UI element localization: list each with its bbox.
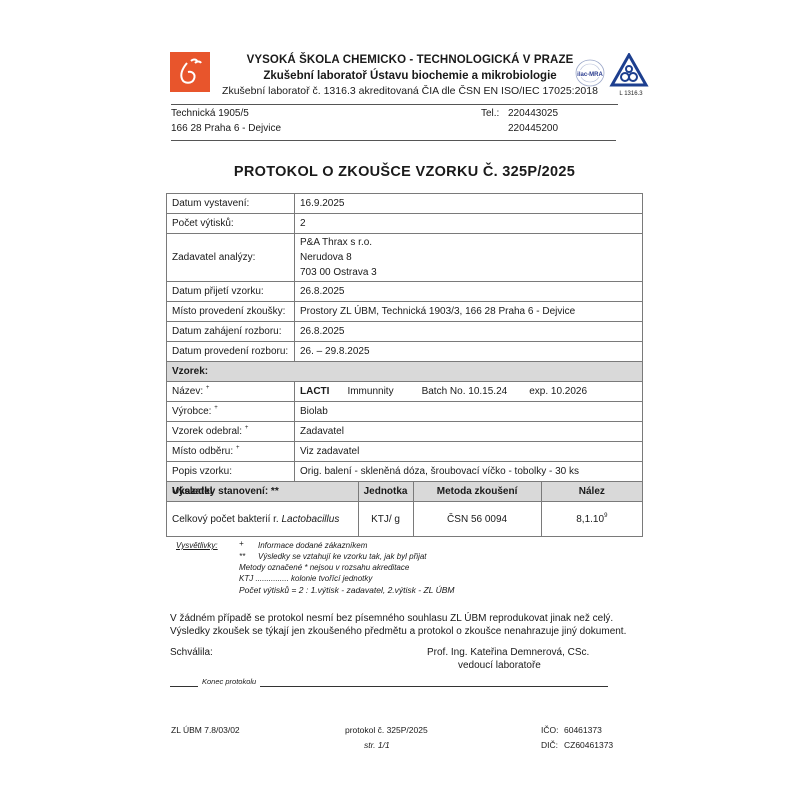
ico-value: 60461373 <box>564 725 602 735</box>
note-line: Výsledky se vztahují ke vzorku tak, jak … <box>258 552 427 561</box>
client-city: 703 00 Ostrava 3 <box>300 265 637 280</box>
tel-number-1: 220443025 <box>508 108 558 119</box>
table-row: Název: + LACTIImmunnityBatch No. 10.15.2… <box>167 382 643 402</box>
client-address: P&A Thrax s r.o. Nerudova 8 703 00 Ostra… <box>295 234 643 282</box>
batch-number: Batch No. 10.15.24 <box>422 386 508 397</box>
issue-date: 16.9.2025 <box>295 194 643 214</box>
results-header-row: Ukazatel Jednotka Metoda zkoušení Nález <box>167 482 643 502</box>
row-label: Datum zahájení rozboru: <box>167 322 295 342</box>
test-method: ČSN 56 0094 <box>413 502 541 537</box>
table-row: Datum vystavení: 16.9.2025 <box>167 194 643 214</box>
page-number: str. 1/1 <box>364 740 390 750</box>
copies-count: 2 <box>295 214 643 234</box>
analysis-dates: 26. – 29.8.2025 <box>295 342 643 362</box>
ico-label: IČO: <box>541 725 558 735</box>
note-line: KTJ ............... kolonie tvořící jedn… <box>239 574 372 583</box>
results-table: Ukazatel Jednotka Metoda zkoušení Nález … <box>166 481 643 537</box>
sample-name: LACTIImmunnityBatch No. 10.15.24exp. 10.… <box>295 382 643 402</box>
approver-role: vedoucí laboratoře <box>458 660 541 671</box>
institution-name: VYSOKÁ ŠKOLA CHEMICKO - TECHNOLOGICKÁ V … <box>215 54 605 66</box>
header-divider <box>171 104 618 105</box>
table-row: Počet výtisků: 2 <box>167 214 643 234</box>
svg-text:ilac-MRA: ilac-MRA <box>577 72 603 78</box>
row-label: Místo provedení zkoušky: <box>167 302 295 322</box>
notes-label: Vysvětlivky: <box>176 541 218 550</box>
protocol-title: PROTOKOL O ZKOUŠCE VZORKU Č. 325P/2025 <box>166 164 643 180</box>
table-row: Datum provedení rozboru: 26. – 29.8.2025 <box>167 342 643 362</box>
note-line: Počet výtisků = 2 : 1.výtisk - zadavatel… <box>239 585 454 595</box>
indicator: Celkový počet bakterií r. Lactobacillus <box>167 502 359 537</box>
table-row: Místo provedení zkoušky: Prostory ZL ÚBM… <box>167 302 643 322</box>
table-row: Vzorek odebral: + Zadavatel <box>167 422 643 442</box>
note-mark: ** <box>239 552 245 561</box>
sampled-by: Zadavatel <box>295 422 643 442</box>
product-name: Immunnity <box>347 386 393 397</box>
end-line-right <box>260 686 608 687</box>
address-divider <box>171 140 616 141</box>
row-label: Vzorek odebral: + <box>167 422 295 442</box>
sample-description: Orig. balení - skleněná dóza, šroubovací… <box>295 462 643 482</box>
dic-value: CZ60461373 <box>564 740 613 750</box>
laboratory-name: Zkušební laboratoř Ústavu biochemie a mi… <box>215 70 605 82</box>
expiry-date: exp. 10.2026 <box>529 386 587 397</box>
dic-label: DIČ: <box>541 740 558 750</box>
column-header: Nález <box>541 482 642 502</box>
ilac-mra-logo-icon: ilac-MRA <box>574 58 606 88</box>
table-row: Datum zahájení rozboru: 26.8.2025 <box>167 322 643 342</box>
sampling-place: Viz zadavatel <box>295 442 643 462</box>
tel-label: Tel.: <box>481 108 499 119</box>
row-label: Popis vzorku: <box>167 462 295 482</box>
table-row: Celkový počet bakterií r. Lactobacillus … <box>167 502 643 537</box>
table-row: Datum přijetí vzorku: 26.8.2025 <box>167 282 643 302</box>
address-city: 166 28 Praha 6 - Dejvice <box>171 123 281 134</box>
manufacturer: Biolab <box>295 402 643 422</box>
note-mark: + <box>239 539 244 548</box>
receipt-date: 26.8.2025 <box>295 282 643 302</box>
row-label: Místo odběru: + <box>167 442 295 462</box>
table-row: Popis vzorku: Orig. balení - skleněná dó… <box>167 462 643 482</box>
cai-accreditation-logo-icon: L 1316.3 <box>609 53 649 97</box>
unit: KTJ/ g <box>358 502 413 537</box>
row-label: Název: + <box>167 382 295 402</box>
approval-label: Schválila: <box>170 647 213 658</box>
address-street: Technická 1905/5 <box>171 108 249 119</box>
row-label: Počet výtisků: <box>167 214 295 234</box>
disclaimer-text: V žádném případě se protokol nesmí bez p… <box>170 612 640 638</box>
footer-protocol-number: protokol č. 325P/2025 <box>345 725 428 735</box>
tel-number-2: 220445200 <box>508 123 558 134</box>
document-code: ZL ÚBM 7.8/03/02 <box>171 725 240 735</box>
column-header: Jednotka <box>358 482 413 502</box>
row-label: Datum provedení rozboru: <box>167 342 295 362</box>
row-label: Datum přijetí vzorku: <box>167 282 295 302</box>
row-label: Datum vystavení: <box>167 194 295 214</box>
table-row: Zadavatel analýzy: P&A Thrax s r.o. Neru… <box>167 234 643 282</box>
product-brand: LACTI <box>300 386 329 397</box>
row-label: Zadavatel analýzy: <box>167 234 295 282</box>
protocol-info-table: Datum vystavení: 16.9.2025 Počet výtisků… <box>166 193 643 502</box>
analysis-start-date: 26.8.2025 <box>295 322 643 342</box>
end-line-left <box>170 686 198 687</box>
test-location: Prostory ZL ÚBM, Technická 1903/3, 166 2… <box>295 302 643 322</box>
vscht-logo-icon <box>170 52 210 92</box>
note-line: Metody označené * nejsou v rozsahu akred… <box>239 563 409 572</box>
approver-name: Prof. Ing. Kateřina Demnerová, CSc. <box>427 647 589 658</box>
row-label: Výrobce: + <box>167 402 295 422</box>
table-row: Výrobce: + Biolab <box>167 402 643 422</box>
section-title: Vzorek: <box>167 362 643 382</box>
column-header: Metoda zkoušení <box>413 482 541 502</box>
client-street: Nerudova 8 <box>300 250 637 265</box>
client-name: P&A Thrax s r.o. <box>300 235 637 250</box>
column-header: Ukazatel <box>167 482 359 502</box>
note-line: Informace dodané zákazníkem <box>258 541 367 550</box>
end-of-protocol-text: Konec protokolu <box>202 677 256 686</box>
svg-text:L 1316.3: L 1316.3 <box>619 91 643 97</box>
table-row: Místo odběru: + Viz zadavatel <box>167 442 643 462</box>
accreditation-text: Zkušební laboratoř č. 1316.3 akreditovan… <box>215 85 605 97</box>
result-value: 8,1.109 <box>541 502 642 537</box>
section-header-sample: Vzorek: <box>167 362 643 382</box>
